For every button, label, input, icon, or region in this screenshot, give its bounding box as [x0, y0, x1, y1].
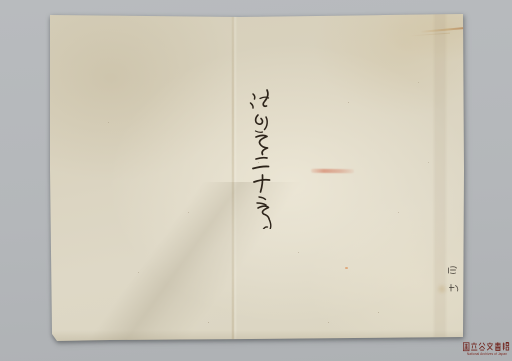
paper-center-fold — [232, 14, 234, 340]
scan-background: 沖第二十三号 — [0, 0, 512, 361]
paper-shadow: 沖第二十三号 — [0, 0, 512, 361]
paper-right-band — [434, 12, 446, 342]
margin-annotation — [446, 265, 460, 292]
watermark-english-text: National Archives of Japan — [463, 352, 511, 356]
document-paper: 沖第二十三号 — [48, 12, 466, 342]
paper-bottom-shading — [48, 330, 466, 342]
watermark-kanji — [463, 342, 511, 352]
paper-corner-shading — [378, 12, 468, 62]
handwriting-transcription-text: 沖第二十三号 — [48, 12, 49, 13]
orange-speck — [345, 267, 348, 269]
paper-crease-topright — [420, 27, 464, 33]
handwritten-document-number — [245, 87, 281, 229]
paper-specks — [168, 72, 169, 73]
paper-crease-topright — [410, 33, 450, 37]
archive-watermark: 国立公文書館 National Archives of Japan — [463, 342, 512, 359]
red-pencil-smudge — [311, 169, 354, 173]
